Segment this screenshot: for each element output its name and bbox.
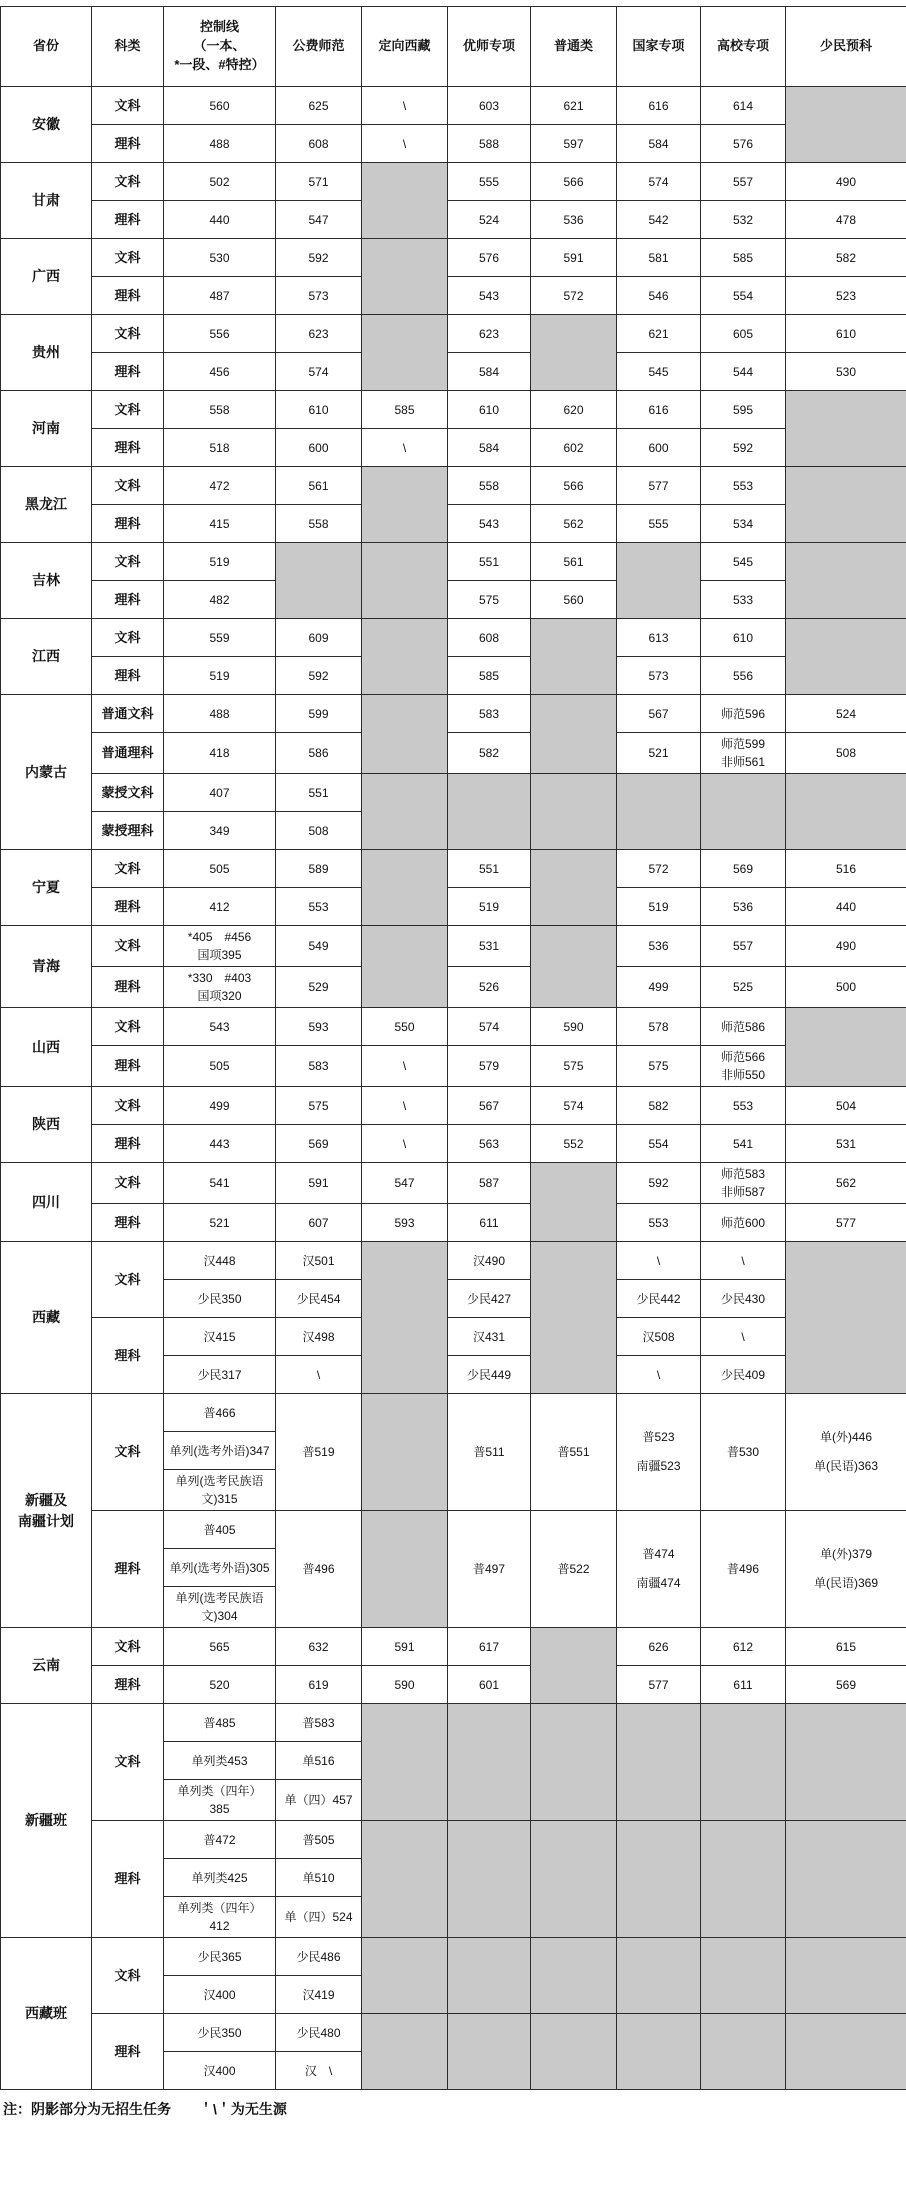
score-cell: 593 <box>362 1204 448 1242</box>
column-header: 国家专项 <box>617 7 701 87</box>
no-enrollment-cell <box>786 391 906 467</box>
score-cell: 582 <box>448 733 531 774</box>
score-cell: 597 <box>531 125 617 163</box>
score-cell: 578 <box>617 1008 701 1046</box>
no-enrollment-cell <box>362 1511 448 1628</box>
no-enrollment-cell <box>786 619 906 695</box>
score-cell: 545 <box>701 543 786 581</box>
score-cell: 519 <box>164 543 276 581</box>
score-cell: 440 <box>164 201 276 239</box>
no-enrollment-cell <box>362 850 448 926</box>
column-header: 科类 <box>92 7 164 87</box>
score-cell: 541 <box>701 1125 786 1163</box>
no-enrollment-cell <box>362 1704 448 1821</box>
score-cell: 567 <box>617 695 701 733</box>
score-cell: 普485 <box>164 1704 276 1742</box>
score-cell: 普523 南疆523 <box>617 1394 701 1511</box>
score-cell: 591 <box>531 239 617 277</box>
column-header: 普通类 <box>531 7 617 87</box>
score-cell: 574 <box>531 1087 617 1125</box>
score-cell: 师范599 非师561 <box>701 733 786 774</box>
score-cell: 576 <box>701 125 786 163</box>
no-enrollment-cell <box>362 467 448 543</box>
score-cell: 普474 南疆474 <box>617 1511 701 1628</box>
score-cell: 575 <box>448 581 531 619</box>
no-enrollment-cell <box>701 1704 786 1821</box>
score-cell: 师范586 <box>701 1008 786 1046</box>
score-cell: 单（四）457 <box>276 1780 362 1821</box>
score-cell: 552 <box>531 1125 617 1163</box>
score-cell: 583 <box>276 1046 362 1087</box>
score-cell: 师范566 非师550 <box>701 1046 786 1087</box>
no-enrollment-cell <box>617 2014 701 2090</box>
score-cell: 汉498 <box>276 1318 362 1356</box>
table-row: 理科汉415汉498汉431汉508\ <box>1 1318 906 1356</box>
score-cell: 585 <box>701 239 786 277</box>
score-cell: 569 <box>276 1125 362 1163</box>
no-enrollment-cell <box>701 2014 786 2090</box>
no-enrollment-cell <box>362 163 448 239</box>
no-enrollment-cell <box>786 543 906 619</box>
category-cell: 文科 <box>92 163 164 201</box>
score-cell: 530 <box>786 353 906 391</box>
score-cell: 530 <box>164 239 276 277</box>
score-cell: 592 <box>701 429 786 467</box>
score-cell: 单列(选考外语)305 <box>164 1549 276 1587</box>
score-cell: 普522 <box>531 1511 617 1628</box>
no-enrollment-cell <box>448 2014 531 2090</box>
score-cell: 610 <box>276 391 362 429</box>
score-cell: 615 <box>786 1628 906 1666</box>
table-row: 西藏班文科少民365少民486 <box>1 1938 906 1976</box>
no-enrollment-cell <box>617 774 701 850</box>
score-cell: 521 <box>617 733 701 774</box>
no-enrollment-cell <box>701 1938 786 2014</box>
score-cell: 614 <box>701 87 786 125</box>
no-enrollment-cell <box>362 1938 448 2014</box>
category-cell: 文科 <box>92 315 164 353</box>
score-cell: 549 <box>276 926 362 967</box>
score-cell: 555 <box>617 505 701 543</box>
score-cell: 556 <box>701 657 786 695</box>
score-cell: 553 <box>701 467 786 505</box>
score-cell: 普530 <box>701 1394 786 1511</box>
category-cell: 理科 <box>92 353 164 391</box>
score-cell: \ <box>617 1242 701 1280</box>
table-body: 安徽文科560625\603621616614理科488608\58859758… <box>1 87 906 2090</box>
score-cell: 612 <box>701 1628 786 1666</box>
score-cell: 560 <box>164 87 276 125</box>
score-cell: 619 <box>276 1666 362 1704</box>
score-cell: 577 <box>617 467 701 505</box>
score-cell: 626 <box>617 1628 701 1666</box>
score-cell: 407 <box>164 774 276 812</box>
score-cell: 621 <box>617 315 701 353</box>
score-cell: 490 <box>786 926 906 967</box>
score-cell: 普496 <box>701 1511 786 1628</box>
category-cell: 理科 <box>92 1511 164 1628</box>
score-cell: 490 <box>786 163 906 201</box>
score-cell: 少民427 <box>448 1280 531 1318</box>
score-cell: 单列(选考民族语文)304 <box>164 1587 276 1628</box>
score-cell: 502 <box>164 163 276 201</box>
category-cell: 文科 <box>92 1394 164 1511</box>
score-cell: 518 <box>164 429 276 467</box>
province-cell: 贵州 <box>1 315 92 391</box>
category-cell: 理科 <box>92 888 164 926</box>
province-cell: 新疆及 南疆计划 <box>1 1394 92 1628</box>
no-enrollment-cell <box>531 619 617 695</box>
no-enrollment-cell <box>362 1242 448 1394</box>
province-cell: 山西 <box>1 1008 92 1087</box>
score-cell: 553 <box>701 1087 786 1125</box>
no-enrollment-cell <box>531 774 617 850</box>
category-cell: 文科 <box>92 239 164 277</box>
score-cell: 584 <box>617 125 701 163</box>
score-cell: 单(外)446 单(民语)363 <box>786 1394 906 1511</box>
score-cell: 415 <box>164 505 276 543</box>
no-enrollment-cell <box>448 1821 531 1938</box>
province-cell: 西藏 <box>1 1242 92 1394</box>
table-row: 理科440547524536542532478 <box>1 201 906 239</box>
score-cell: 557 <box>701 926 786 967</box>
table-row: 安徽文科560625\603621616614 <box>1 87 906 125</box>
score-cell: 571 <box>276 163 362 201</box>
score-cell: 526 <box>448 967 531 1008</box>
score-cell: 603 <box>448 87 531 125</box>
score-cell: 508 <box>786 733 906 774</box>
score-cell: 558 <box>448 467 531 505</box>
score-cell: \ <box>362 429 448 467</box>
score-cell: *405 #456 国项395 <box>164 926 276 967</box>
score-cell: 555 <box>448 163 531 201</box>
score-cell: 472 <box>164 467 276 505</box>
score-cell: 576 <box>448 239 531 277</box>
no-enrollment-cell <box>786 87 906 163</box>
score-cell: 591 <box>276 1163 362 1204</box>
score-cell: \ <box>362 125 448 163</box>
score-cell: 521 <box>164 1204 276 1242</box>
score-cell: 589 <box>276 850 362 888</box>
no-enrollment-cell <box>448 1938 531 2014</box>
score-cell: 590 <box>531 1008 617 1046</box>
province-cell: 安徽 <box>1 87 92 163</box>
score-cell: \ <box>701 1318 786 1356</box>
column-header: 少民预科 <box>786 7 906 87</box>
score-cell: 534 <box>701 505 786 543</box>
table-row: 理科443569\563552554541531 <box>1 1125 906 1163</box>
category-cell: 理科 <box>92 1204 164 1242</box>
column-header: 高校专项 <box>701 7 786 87</box>
score-cell: \ <box>362 1125 448 1163</box>
no-enrollment-cell <box>531 1163 617 1242</box>
score-cell: 593 <box>276 1008 362 1046</box>
no-enrollment-cell <box>617 543 701 619</box>
score-cell: 561 <box>276 467 362 505</box>
table-row: 新疆班文科普485普583 <box>1 1704 906 1742</box>
province-cell: 青海 <box>1 926 92 1008</box>
header-row: 省份科类控制线 （一本、 *一段、#特控）公费师范定向西藏优师专项普通类国家专项… <box>1 7 906 87</box>
score-cell: 611 <box>701 1666 786 1704</box>
score-cell: 普405 <box>164 1511 276 1549</box>
score-cell: 汉508 <box>617 1318 701 1356</box>
no-enrollment-cell <box>362 774 448 850</box>
category-cell: 理科 <box>92 1666 164 1704</box>
score-cell: 单列类453 <box>164 1742 276 1780</box>
score-cell: 单（四）524 <box>276 1897 362 1938</box>
table-row: 山西文科543593550574590578师范586 <box>1 1008 906 1046</box>
score-cell: 541 <box>164 1163 276 1204</box>
no-enrollment-cell <box>276 543 362 619</box>
score-cell: 573 <box>276 277 362 315</box>
score-cell: 412 <box>164 888 276 926</box>
score-cell: 单列类（四年） 412 <box>164 1897 276 1938</box>
score-table: 省份科类控制线 （一本、 *一段、#特控）公费师范定向西藏优师专项普通类国家专项… <box>0 6 906 2090</box>
score-cell: 577 <box>786 1204 906 1242</box>
score-cell: 557 <box>701 163 786 201</box>
score-cell: 普505 <box>276 1821 362 1859</box>
table-row: 普通理科418586582521师范599 非师561508 <box>1 733 906 774</box>
score-cell: 少民442 <box>617 1280 701 1318</box>
score-cell: 汉490 <box>448 1242 531 1280</box>
score-cell: 586 <box>276 733 362 774</box>
score-cell: 625 <box>276 87 362 125</box>
score-cell: 488 <box>164 695 276 733</box>
score-cell: 610 <box>701 619 786 657</box>
no-enrollment-cell <box>531 695 617 774</box>
province-cell: 内蒙古 <box>1 695 92 850</box>
score-cell: 562 <box>786 1163 906 1204</box>
no-enrollment-cell <box>531 1704 617 1821</box>
no-enrollment-cell <box>362 1821 448 1938</box>
no-enrollment-cell <box>786 774 906 850</box>
score-cell: 单列类（四年） 385 <box>164 1780 276 1821</box>
score-cell: 553 <box>276 888 362 926</box>
score-cell: 543 <box>164 1008 276 1046</box>
category-cell: 理科 <box>92 581 164 619</box>
score-cell: 567 <box>448 1087 531 1125</box>
table-header: 省份科类控制线 （一本、 *一段、#特控）公费师范定向西藏优师专项普通类国家专项… <box>1 7 906 87</box>
score-cell: 554 <box>617 1125 701 1163</box>
no-enrollment-cell <box>786 1938 906 2014</box>
score-cell: 595 <box>701 391 786 429</box>
column-header: 优师专项 <box>448 7 531 87</box>
table-row: 内蒙古普通文科488599583567师范596524 <box>1 695 906 733</box>
category-cell: 理科 <box>92 1046 164 1087</box>
no-enrollment-cell <box>531 926 617 1008</box>
score-cell: 582 <box>786 239 906 277</box>
score-cell: 569 <box>786 1666 906 1704</box>
province-cell: 甘肃 <box>1 163 92 239</box>
category-cell: 文科 <box>92 619 164 657</box>
score-cell: 487 <box>164 277 276 315</box>
score-cell: 542 <box>617 201 701 239</box>
no-enrollment-cell <box>448 774 531 850</box>
category-cell: 理科 <box>92 1318 164 1394</box>
score-cell: 575 <box>617 1046 701 1087</box>
no-enrollment-cell <box>531 1938 617 2014</box>
score-cell: 536 <box>531 201 617 239</box>
no-enrollment-cell <box>531 315 617 391</box>
table-row: 理科520619590601577611569 <box>1 1666 906 1704</box>
score-cell: 少民409 <box>701 1356 786 1394</box>
score-cell: 588 <box>448 125 531 163</box>
score-cell: 519 <box>617 888 701 926</box>
table-row: 理科少民350少民480 <box>1 2014 906 2052</box>
province-cell: 宁夏 <box>1 850 92 926</box>
no-enrollment-cell <box>617 1938 701 2014</box>
score-cell: 普519 <box>276 1394 362 1511</box>
score-cell: 524 <box>448 201 531 239</box>
score-cell: 572 <box>531 277 617 315</box>
category-cell: 文科 <box>92 1163 164 1204</box>
score-cell: 505 <box>164 1046 276 1087</box>
table-row: 西藏文科汉448汉501汉490\\ <box>1 1242 906 1280</box>
score-cell: 632 <box>276 1628 362 1666</box>
table-row: 甘肃文科502571555566574557490 <box>1 163 906 201</box>
footnote: 注：阴影部分为无招生任务 ＇\＇为无生源 <box>0 2090 906 2125</box>
no-enrollment-cell <box>362 695 448 774</box>
score-cell: 562 <box>531 505 617 543</box>
score-cell: 565 <box>164 1628 276 1666</box>
score-cell: 608 <box>448 619 531 657</box>
score-cell: 少民454 <box>276 1280 362 1318</box>
category-cell: 理科 <box>92 1125 164 1163</box>
score-cell: 573 <box>617 657 701 695</box>
score-cell: 单列类425 <box>164 1859 276 1897</box>
no-enrollment-cell <box>786 1008 906 1087</box>
score-cell: 529 <box>276 967 362 1008</box>
score-cell: 566 <box>531 163 617 201</box>
score-cell: 536 <box>617 926 701 967</box>
table-row: 陕西文科499575\567574582553504 <box>1 1087 906 1125</box>
no-enrollment-cell <box>786 1821 906 1938</box>
score-cell: 584 <box>448 353 531 391</box>
score-cell: 563 <box>448 1125 531 1163</box>
score-cell: 488 <box>164 125 276 163</box>
table-row: 理科*330 #403 国项320529526499525500 <box>1 967 906 1008</box>
score-cell: 少民480 <box>276 2014 362 2052</box>
score-cell: 590 <box>362 1666 448 1704</box>
score-cell: 554 <box>701 277 786 315</box>
province-cell: 广西 <box>1 239 92 315</box>
score-cell: 613 <box>617 619 701 657</box>
no-enrollment-cell <box>362 619 448 695</box>
score-cell: 520 <box>164 1666 276 1704</box>
table-row: 新疆及 南疆计划文科普466普519普511普551普523 南疆523普530… <box>1 1394 906 1432</box>
category-cell: 理科 <box>92 657 164 695</box>
score-cell: 普551 <box>531 1394 617 1511</box>
no-enrollment-cell <box>362 543 448 619</box>
score-cell: 汉400 <box>164 2052 276 2090</box>
category-cell: 文科 <box>92 1087 164 1125</box>
score-cell: 普497 <box>448 1511 531 1628</box>
score-cell: 616 <box>617 391 701 429</box>
category-cell: 理科 <box>92 505 164 543</box>
province-cell: 新疆班 <box>1 1704 92 1938</box>
table-row: 宁夏文科505589551572569516 <box>1 850 906 888</box>
score-cell: 523 <box>786 277 906 315</box>
table-row: 理科505583\579575575师范566 非师550 <box>1 1046 906 1087</box>
score-cell: 519 <box>164 657 276 695</box>
no-enrollment-cell <box>531 1242 617 1394</box>
score-cell: 592 <box>276 239 362 277</box>
table-row: 贵州文科556623623621605610 <box>1 315 906 353</box>
table-row: 云南文科565632591617626612615 <box>1 1628 906 1666</box>
table-row: 广西文科530592576591581585582 <box>1 239 906 277</box>
score-cell: 482 <box>164 581 276 619</box>
category-cell: 理科 <box>92 1821 164 1938</box>
score-cell: 592 <box>617 1163 701 1204</box>
no-enrollment-cell <box>617 1704 701 1821</box>
province-cell: 四川 <box>1 1163 92 1242</box>
no-enrollment-cell <box>531 1628 617 1704</box>
score-cell: 551 <box>448 543 531 581</box>
province-cell: 河南 <box>1 391 92 467</box>
category-cell: 蒙授文科 <box>92 774 164 812</box>
score-cell: 504 <box>786 1087 906 1125</box>
score-cell: 单列(选考民族语文)315 <box>164 1470 276 1511</box>
category-cell: 文科 <box>92 467 164 505</box>
score-cell: 少民317 <box>164 1356 276 1394</box>
score-cell: 418 <box>164 733 276 774</box>
score-cell: 585 <box>362 391 448 429</box>
no-enrollment-cell <box>786 467 906 543</box>
category-cell: 理科 <box>92 967 164 1008</box>
score-cell: 559 <box>164 619 276 657</box>
score-cell: 汉 \ <box>276 2052 362 2090</box>
category-cell: 文科 <box>92 543 164 581</box>
score-cell: 623 <box>276 315 362 353</box>
no-enrollment-cell <box>786 2014 906 2090</box>
score-cell: 607 <box>276 1204 362 1242</box>
no-enrollment-cell <box>786 1242 906 1394</box>
table-row: 青海文科*405 #456 国项395549531536557490 <box>1 926 906 967</box>
score-cell: 553 <box>617 1204 701 1242</box>
score-cell: 汉415 <box>164 1318 276 1356</box>
table-row: 理科519592585573556 <box>1 657 906 695</box>
score-cell: 505 <box>164 850 276 888</box>
category-cell: 文科 <box>92 1704 164 1821</box>
score-cell: 569 <box>701 850 786 888</box>
score-cell: 少民350 <box>164 1280 276 1318</box>
score-cell: 单(外)379 单(民语)369 <box>786 1511 906 1628</box>
score-cell: 600 <box>617 429 701 467</box>
score-cell: \ <box>362 1046 448 1087</box>
table-row: 理科521607593611553师范600577 <box>1 1204 906 1242</box>
score-cell: 少民486 <box>276 1938 362 1976</box>
category-cell: 普通文科 <box>92 695 164 733</box>
category-cell: 文科 <box>92 1242 164 1318</box>
score-cell: 汉419 <box>276 1976 362 2014</box>
province-cell: 西藏班 <box>1 1938 92 2090</box>
table-row: 理科487573543572546554523 <box>1 277 906 315</box>
score-cell: 547 <box>362 1163 448 1204</box>
score-cell: 610 <box>448 391 531 429</box>
province-cell: 吉林 <box>1 543 92 619</box>
score-cell: 623 <box>448 315 531 353</box>
score-cell: 609 <box>276 619 362 657</box>
score-cell: 543 <box>448 277 531 315</box>
score-cell: 551 <box>276 774 362 812</box>
column-header: 控制线 （一本、 *一段、#特控） <box>164 7 276 87</box>
category-cell: 文科 <box>92 391 164 429</box>
category-cell: 文科 <box>92 1938 164 2014</box>
score-cell: 汉501 <box>276 1242 362 1280</box>
table-row: 江西文科559609608613610 <box>1 619 906 657</box>
category-cell: 文科 <box>92 850 164 888</box>
category-cell: 理科 <box>92 201 164 239</box>
